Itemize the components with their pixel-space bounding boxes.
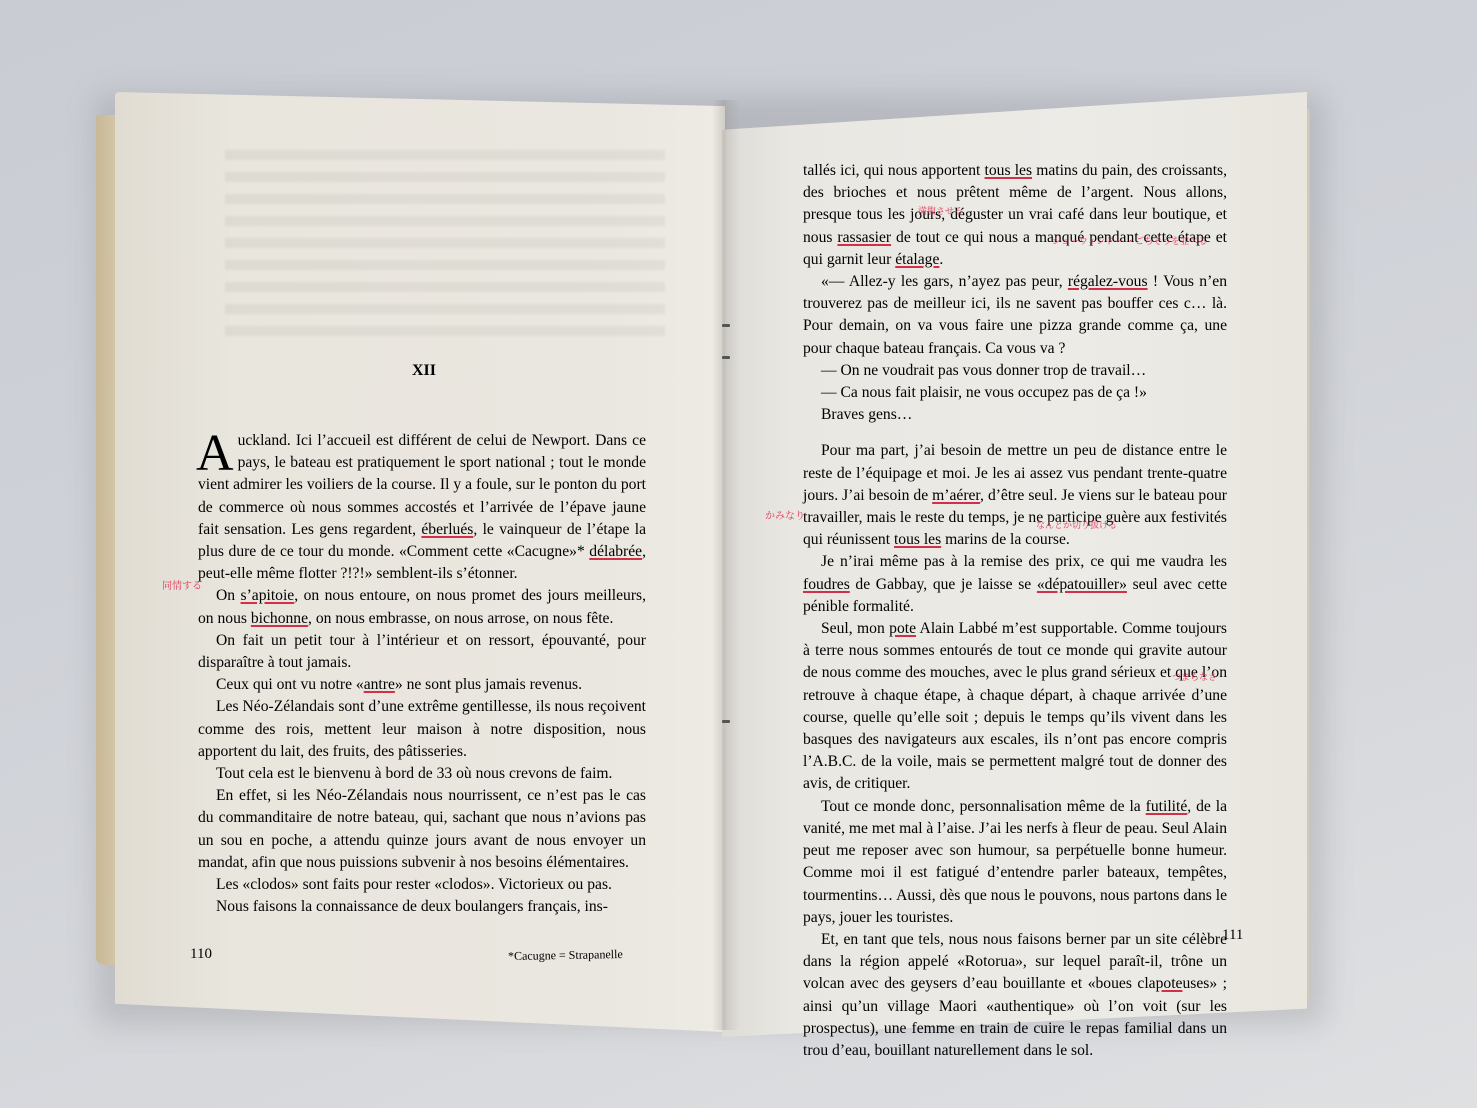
underlined-word: éberlués [421, 521, 473, 538]
underlined-word: régalez-vous [1068, 273, 1148, 290]
underlined-word: m’aérer [932, 487, 980, 504]
margin-note: ショーウィンドー ・ごちそうを並べる [1052, 234, 1207, 247]
underlined-word: tous les [894, 531, 941, 548]
paragraph: Les Néo-Zélandais sont d’une extrême gen… [198, 696, 646, 763]
margin-note: なんとか切り抜ける [1036, 518, 1117, 531]
paragraph: Les «clodos» sont faits pour rester «clo… [198, 874, 646, 896]
underlined-word: tous les [985, 162, 1033, 179]
chapter-heading: XII [412, 362, 436, 380]
underlined-word: futilité [1146, 798, 1188, 815]
paragraph: «— Allez-y les gars, n’ayez pas peur, ré… [803, 271, 1227, 360]
paragraph: Tout cela est le bienvenu à bord de 33 o… [198, 763, 646, 785]
show-through-text [225, 150, 665, 340]
book-gutter [712, 100, 740, 1030]
paragraph: tallés ici, qui nous apportent tous les … [803, 160, 1227, 271]
margin-note: かみなり [765, 507, 805, 522]
paragraph: On fait un petit tour à l’intérieur et o… [198, 630, 646, 674]
page-number-right: 111 [1222, 927, 1243, 944]
underlined-word: «dépatouiller» [1037, 576, 1127, 593]
underlined-word: s’apitoie [241, 587, 295, 604]
right-page-body: tallés ici, qui nous apportent tous les … [803, 160, 1227, 1062]
underlined-word: pote [889, 620, 916, 637]
paragraph: Nous faisons la connaissance de deux bou… [198, 896, 646, 918]
underlined-word: antre [364, 676, 395, 693]
margin-note: 満腹させる [918, 204, 963, 217]
underlined-word: bichonne [251, 610, 308, 627]
underlined-word: foudres [803, 576, 850, 593]
paragraph: Et, en tant que tels, nous nous faisons … [803, 929, 1227, 1062]
footnote: *Cacugne = Strapanelle [508, 947, 623, 964]
paragraph: — Ca nous fait plaisir, ne vous occupez … [803, 382, 1227, 404]
paragraph: — On ne voudrait pas vous donner trop de… [803, 360, 1227, 382]
underlined-word: rassasier [837, 229, 891, 246]
paragraph-text: uckland. Ici l’accueil est différent de … [198, 432, 646, 582]
paragraph: En effet, si les Néo-Zélandais nous nour… [198, 785, 646, 874]
page-number-left: 110 [190, 946, 212, 963]
paragraph: On s’apitoie, on nous entoure, on nous p… [198, 585, 646, 629]
paragraph: Auckland. Ici l’accueil est différent de… [198, 430, 646, 585]
underlined-word: délabrée [589, 543, 642, 560]
paragraph: Tout ce monde donc, personnalisation mêm… [803, 796, 1227, 929]
paragraph: Ceux qui ont vu notre «antre» ne sont pl… [198, 674, 646, 696]
drop-cap: A [196, 434, 234, 474]
left-page-body: Auckland. Ici l’accueil est différent de… [198, 430, 646, 918]
paragraph: Je n’irai même pas à la remise des prix,… [803, 551, 1227, 618]
underlined-word: étalage [895, 251, 939, 268]
margin-note: 同情する [162, 577, 202, 592]
binding-stitch [722, 324, 730, 327]
paragraph: Braves gens… [803, 404, 1227, 426]
paragraph: Pour ma part, j’ai besoin de mettre un p… [803, 440, 1227, 551]
paragraph: Seul, mon pote Alain Labbé m’est support… [803, 618, 1227, 796]
binding-stitch [722, 720, 730, 723]
binding-stitch [722, 356, 730, 359]
margin-note: つまらなさ [1172, 670, 1217, 683]
underlined-word: pote [1156, 975, 1183, 992]
